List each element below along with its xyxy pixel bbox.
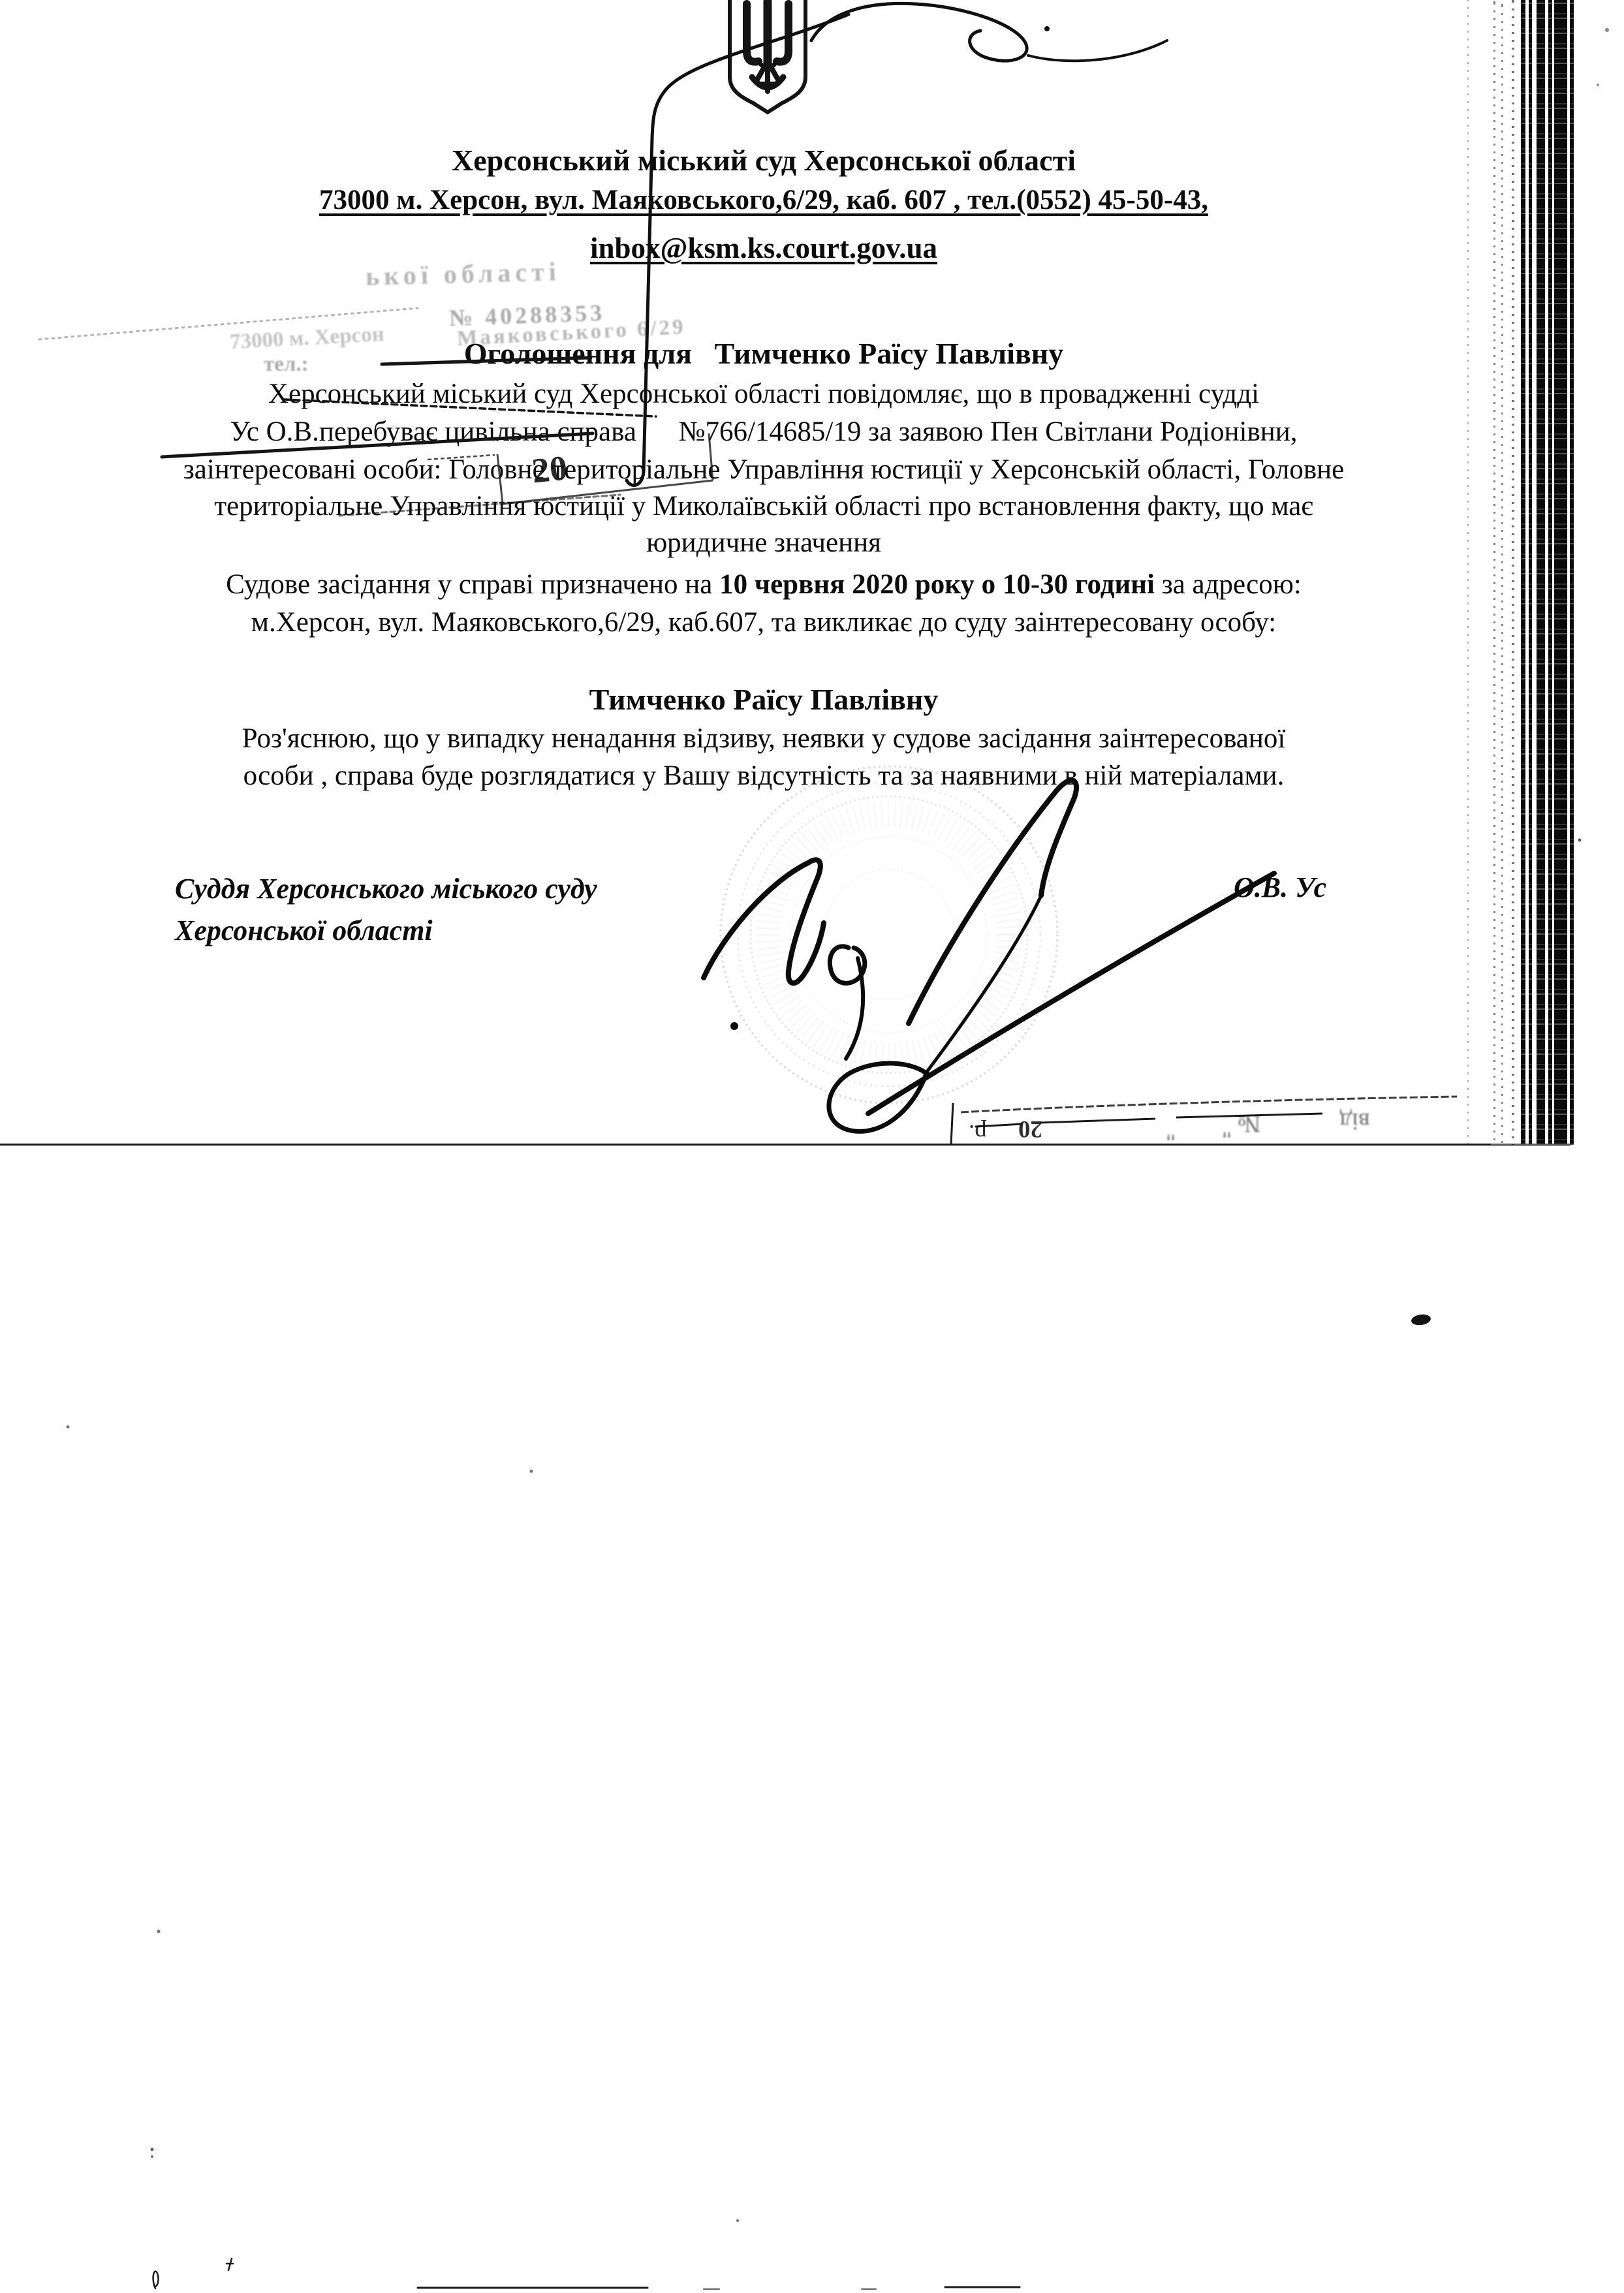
warning-line-1: Роз'яснюю, що у випадку ненадання відзив… — [59, 723, 1469, 755]
rotated-text-20: 20 — [1018, 1115, 1042, 1143]
court-email: inbox@ksm.ks.court.gov.ua — [59, 232, 1469, 264]
summoned-person-name: Тимченко Раїсу Павлівну — [59, 683, 1469, 717]
body-line-4: територіальне Управління юстиції у Микол… — [59, 491, 1469, 522]
rotated-text-vid: від — [1339, 1107, 1370, 1135]
handwritten-20-mark: 20 — [530, 447, 569, 491]
body-line-1: Херсонський міський суд Херсонської обла… — [59, 379, 1469, 410]
judge-title-line-1: Суддя Херсонського міського суду — [175, 872, 597, 905]
body-line-3: заінтересовані особи: Головне територіал… — [59, 454, 1469, 486]
faint-stamp-line1: ької області — [365, 256, 561, 292]
bottom-edge-marks — [153, 2258, 1020, 2289]
horizontal-divider-line — [0, 1144, 1570, 1146]
rotated-text-r: р. — [969, 1119, 987, 1147]
judge-title-line-2: Херсонської області — [175, 914, 433, 947]
court-name-heading: Херсонський міський суд Херсонської обла… — [59, 144, 1469, 178]
warning-line-2: особи , справа буде розглядатися у Вашу … — [59, 760, 1469, 792]
court-address-line: 73000 м. Херсон, вул. Маяковського,6/29,… — [59, 185, 1469, 216]
hearing-line: Судове засідання у справі призначено на … — [59, 569, 1469, 601]
scan-speckle-column — [1467, 0, 1469, 1145]
announcement-title: Оголошення для Тимченко Раїсу Павлівну — [59, 337, 1469, 371]
round-seal-stamp — [721, 766, 1057, 1103]
signature — [704, 781, 1274, 1132]
hearing-suffix: за адресою: — [1155, 569, 1302, 600]
hearing-address-line: м.Херсон, вул. Маяковського,6/29, каб.60… — [59, 607, 1469, 638]
scan-band-noise — [1491, 0, 1574, 1145]
body-line-5: юридичне значення — [59, 527, 1469, 559]
ukraine-trident-emblem — [725, 0, 811, 115]
scan-speckle-column — [1512, 0, 1514, 1145]
rotated-quote-mark-2: " — [1222, 1115, 1232, 1143]
rotated-text-no: № — [1238, 1110, 1260, 1138]
hearing-prefix: Судове засідання у справі призначено на — [226, 569, 719, 600]
scanned-court-document-page: Херсонський міський суд Херсонської обла… — [0, 0, 1624, 2293]
body-line-2: Ус О.В.перебуває цивільна справа №766/14… — [59, 416, 1469, 448]
scanner-edge-band — [1491, 0, 1574, 1145]
scan-speckle-column — [1501, 0, 1503, 1145]
hearing-datetime: 10 червня 2020 року о 10-30 годині — [719, 569, 1155, 600]
scan-speckle-column — [1493, 0, 1495, 1145]
rotated-quote-mark-1: " — [1166, 1117, 1176, 1146]
judge-name: О.В. Ус — [1234, 871, 1384, 904]
